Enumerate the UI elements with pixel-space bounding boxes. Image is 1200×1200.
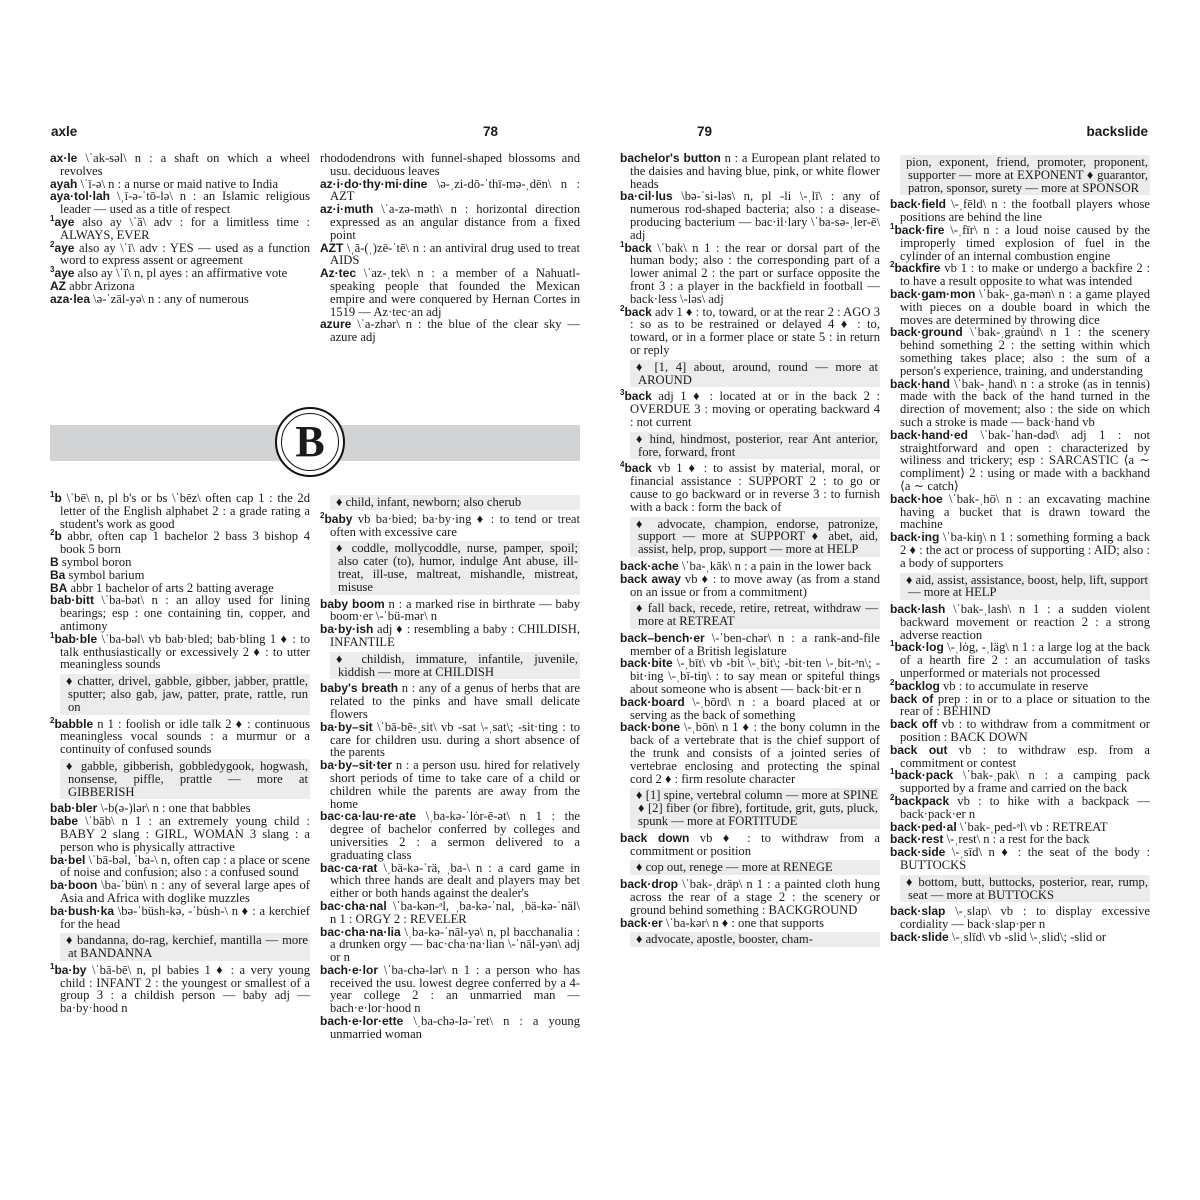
dictionary-entry: 2babble n 1 : foolish or idle talk 2 ♦ :… (50, 718, 310, 756)
synonym-block: ♦ fall back, recede, retire, retreat, wi… (630, 601, 880, 629)
dictionary-entry: 2b abbr, often cap 1 bachelor 2 bass 3 b… (50, 530, 310, 556)
definition-text: \ˈbā-bəl, ˈba-\ n, often cap : a place o… (60, 853, 310, 880)
dictionary-entry: 2backpack vb : to hike with a backpack —… (890, 795, 1150, 821)
dictionary-entry: babe \ˈbāb\ n 1 : an extremely young chi… (50, 815, 310, 853)
definition-text: n 1 : foolish or idle talk 2 ♦ : continu… (60, 717, 310, 757)
dictionary-entry: bac·cha·nal \ˈba-kən-ᵊl, ˌba-kə-ˈnal, ˌb… (320, 900, 580, 926)
definition-text: \-ˌslīd\ vb -slid \-ˌslid\; -slid or (949, 930, 1106, 944)
dictionary-entry: bac·ca·lau·re·ate \ˌba-kə-ˈlȯr-ē-ət\ n 1… (320, 810, 580, 861)
synonym-block: ♦ bandanna, do-rag, kerchief, mantilla —… (60, 933, 310, 961)
definition-text: abbr, often cap 1 bachelor 2 bass 3 bish… (60, 529, 310, 556)
synonym-block: ♦ gabble, gibberish, gobbledygook, hogwa… (60, 759, 310, 799)
synonym-block: ♦ bottom, butt, buttocks, posterior, rea… (900, 875, 1150, 903)
dictionary-entry: 2back adv 1 ♦ : to, toward, or at the re… (620, 306, 880, 357)
guide-word-left: axle (51, 124, 77, 139)
definition-text: adj 1 ♦ : located at or in the back 2 : … (630, 389, 880, 429)
dictionary-entry: back·bite \-ˌbīt\ vb -bit \-ˌbit\; -bit·… (620, 657, 880, 695)
dictionary-entry: 4back vb 1 ♦ : to assist by material, mo… (620, 462, 880, 513)
dictionary-entry: 1back·fire \-ˌfīr\ n : a loud noise caus… (890, 224, 1150, 262)
page-number-right: 79 (697, 124, 712, 139)
definition-text: \ˈba-kər\ n ♦ : one that supports (663, 916, 824, 930)
definition-text: \ˈbāb\ n 1 : an extremely young child : … (60, 814, 310, 854)
dictionary-entry: back of prep : in or to a place or situa… (890, 693, 1150, 719)
synonym-block: ♦ hind, hindmost, posterior, rear Ant an… (630, 432, 880, 460)
dictionary-entry: Az·tec \ˈaz-ˌtek\ n : a member of a Nahu… (320, 267, 580, 318)
definition-text: also ay \ˈī\ adv : YES — used as a funct… (60, 241, 310, 268)
synonym-block: ♦ aid, assist, assistance, boost, help, … (900, 573, 1150, 601)
dictionary-entry: rhododendrons with funnel-shaped blossom… (320, 152, 580, 178)
dictionary-entry: 1b \ˈbē\ n, pl b's or bs \ˈbēz\ often ca… (50, 492, 310, 530)
dictionary-entry: az·i·muth \ˈa-zə-məth\ n : horizontal di… (320, 203, 580, 241)
dictionary-entry: back·side \-ˌsīd\ n ♦ : the seat of the … (890, 846, 1150, 872)
dictionary-entry: back·hand \ˈbak-ˌhand\ n : a stroke (as … (890, 378, 1150, 429)
dictionary-entry: bac·cha·na·lia \ˌba-kə-ˈnāl-yə\ n, pl ba… (320, 926, 580, 964)
dictionary-entry: az·i·do·thy·mi·dine \ə-ˌzi-dō-ˈthī-mə-ˌd… (320, 178, 580, 204)
dictionary-entry: back out vb : to withdraw esp. from a co… (890, 744, 1150, 770)
definition-text: vb ba·bied; ba·by·ing ♦ : to tend or tre… (330, 512, 580, 539)
dictionary-entry: back–bench·er \-ˈben-chər\ n : a rank-an… (620, 632, 880, 658)
definition-text: adv 1 ♦ : to, toward, or at the rear 2 :… (630, 305, 880, 357)
dictionary-entry: back·ground \ˈbak-ˌgrau̇nd\ n 1 : the sc… (890, 326, 1150, 377)
dictionary-entry: ba·cil·lus \bə-ˈsi-ləs\ n, pl -li \-ˌlī\… (620, 190, 880, 241)
definition-text: \ba-ˈbün\ n : any of several large apes … (60, 878, 310, 905)
dictionary-entry: bachelor's button n : a European plant r… (620, 152, 880, 190)
dictionary-entry: back·board \-ˌbōrd\ n : a board placed a… (620, 696, 880, 722)
dictionary-entry: back·ing \ˈba-kiŋ\ n 1 : something formi… (890, 531, 1150, 569)
dictionary-entry: baby's breath n : any of a genus of herb… (320, 682, 580, 720)
dictionary-entry: back·drop \ˈbak-ˌdräp\ n 1 : a painted c… (620, 878, 880, 916)
dictionary-entry: 1aye also ay \ˈā\ adv : for a limitless … (50, 216, 310, 242)
guide-word-right: backslide (1086, 124, 1148, 139)
synonym-block: ♦ child, infant, newborn; also cherub (330, 495, 580, 510)
dictionary-entry: bach·e·lor·ette \ˌba-chə-lə-ˈret\ n : a … (320, 1015, 580, 1041)
dictionary-entry: ba·bel \ˈbā-bəl, ˈba-\ n, often cap : a … (50, 854, 310, 880)
right-page-col2: pion, exponent, friend, promoter, propon… (890, 152, 1150, 944)
synonym-block: ♦ coddle, mollycoddle, nurse, pamper, sp… (330, 541, 580, 594)
definition-text: \ə-ˈzāl-yə\ n : any of numerous (90, 292, 249, 306)
dictionary-entry: ba·by–sit·ter n : a person usu. hired fo… (320, 759, 580, 810)
dictionary-entry: ba·bush·ka \bə-ˈbüsh-kə, -ˈbu̇sh-\ n ♦ :… (50, 905, 310, 931)
dictionary-entry: 3back adj 1 ♦ : located at or in the bac… (620, 390, 880, 428)
synonym-block: ♦ childish, immature, infantile, juvenil… (330, 652, 580, 680)
definition-text: rhododendrons with funnel-shaped blossom… (320, 151, 580, 178)
letter-b-emblem: B (275, 407, 345, 477)
synonym-block: ♦ cop out, renege — more at RENEGE (630, 860, 880, 875)
left-page-col1-top: ax·le \ˈak-səl\ n : a shaft on which a w… (50, 152, 310, 306)
dictionary-entry: ba·boon \ba-ˈbün\ n : any of several lar… (50, 879, 310, 905)
definition-text: \ˌā-(ˌ)zē-ˈtē\ n : an antiviral drug use… (330, 241, 580, 268)
synonym-block: ♦ [1, 4] about, around, round — more at … (630, 360, 880, 388)
definition-text: \ˈaz-ˌtek\ n : a member of a Nahuatl-spe… (330, 266, 580, 318)
dictionary-entry: back down vb ♦ : to withdraw from a comm… (620, 832, 880, 858)
definition-text: prep : in or to a place or situation to … (900, 692, 1150, 719)
definition-text: \ˈbak\ n 1 : the rear or dorsal part of … (630, 241, 880, 306)
headword: back·er (620, 916, 663, 930)
dictionary-entry: 1bab·ble \ˈba-bəl\ vb bab·bled; bab·blin… (50, 633, 310, 671)
dictionary-entry: back·lash \ˈbak-ˌlash\ n 1 : a sudden vi… (890, 603, 1150, 641)
synonym-block: pion, exponent, friend, promoter, propon… (900, 155, 1150, 195)
left-page-col1-bottom: 1b \ˈbē\ n, pl b's or bs \ˈbēz\ often ca… (50, 492, 310, 1015)
dictionary-entry: 2baby vb ba·bied; ba·by·ing ♦ : to tend … (320, 513, 580, 539)
headword: aza·lea (50, 292, 90, 306)
dictionary-entry: 1back \ˈbak\ n 1 : the rear or dorsal pa… (620, 242, 880, 306)
dictionary-entry: 1ba·by \ˈbā-bē\ n, pl babies 1 ♦ : a ver… (50, 964, 310, 1015)
synonym-block: ♦ advocate, champion, endorse, patronize… (630, 517, 880, 557)
right-page-col1: bachelor's button n : a European plant r… (620, 152, 880, 950)
definition-text: also ay \ˈā\ adv : for a limitless time … (60, 215, 310, 242)
dictionary-entry: back off vb : to withdraw from a commitm… (890, 718, 1150, 744)
dictionary-entry: 1back·log \-ˌlȯg, -ˌläg\ n 1 : a large l… (890, 641, 1150, 679)
definition-text: \ˈbē\ n, pl b's or bs \ˈbēz\ often cap 1… (60, 491, 310, 531)
synonym-block: ♦ [1] spine, vertebral column — more at … (630, 788, 880, 828)
definition-text: \ˈa-zhər\ n : the blue of the clear sky … (330, 317, 580, 344)
dictionary-entry: back·gam·mon \ˈbak-ˌga-mən\ n : a game p… (890, 288, 1150, 326)
dictionary-entry: back·slide \-ˌslīd\ vb -slid \-ˌslid\; -… (890, 931, 1150, 944)
definition-text: vb 1 ♦ : to assist by material, moral, o… (630, 461, 880, 513)
definition-text: \ˈak-səl\ n : a shaft on which a wheel r… (60, 151, 310, 178)
left-page-col2-bottom: ♦ child, infant, newborn; also cherub2ba… (320, 492, 580, 1041)
dictionary-entry: back·slap \-ˌslap\ vb : to display exces… (890, 905, 1150, 931)
headword: back·slide (890, 930, 949, 944)
definition-text: vb : to withdraw from a commitment or po… (900, 717, 1150, 744)
left-page-col2-top: rhododendrons with funnel-shaped blossom… (320, 152, 580, 344)
dictionary-entry: back away vb ♦ : to move away (as from a… (620, 573, 880, 599)
dictionary-entry: 2backfire vb 1 : to make or undergo a ba… (890, 262, 1150, 288)
dictionary-entry: back·field \-ˌfēld\ n : the football pla… (890, 198, 1150, 224)
dictionary-entry: back·hoe \ˈbak-ˌhō\ n : an excavating ma… (890, 493, 1150, 531)
dictionary-entry: aza·lea \ə-ˈzāl-yə\ n : any of numerous (50, 293, 310, 306)
definition-text: \ˈbā-bē\ n, pl babies 1 ♦ : a very young… (60, 963, 310, 1015)
dictionary-entry: aya·tol·lah \ˌī-ə-ˈtō-lə\ n : an Islamic… (50, 190, 310, 216)
dictionary-entry: ax·le \ˈak-səl\ n : a shaft on which a w… (50, 152, 310, 178)
page-number-left: 78 (483, 124, 498, 139)
synonym-block: ♦ chatter, drivel, gabble, gibber, jabbe… (60, 674, 310, 714)
definition-text: \ˈba-bəl\ vb bab·bled; bab·bling 1 ♦ : t… (60, 632, 310, 672)
dictionary-entry: baby boom n : a marked rise in birthrate… (320, 598, 580, 624)
dictionary-entry: ba·by–sit \ˈbā-bē-ˌsit\ vb -sat \-ˌsat\;… (320, 721, 580, 759)
dictionary-entry: azure \ˈa-zhər\ n : the blue of the clea… (320, 318, 580, 344)
synonym-block: ♦ advocate, apostle, booster, cham- (630, 932, 880, 947)
dictionary-entry: bac·ca·rat \ˌbä-kə-ˈrä, ˌba-\ n : a card… (320, 862, 580, 900)
dictionary-entry: back·bone \-ˌbōn\ n 1 ♦ : the bony colum… (620, 721, 880, 785)
dictionary-entry: 2aye also ay \ˈī\ adv : YES — used as a … (50, 242, 310, 268)
dictionary-entry: bab·bitt \ˈba-bət\ n : an alloy used for… (50, 594, 310, 632)
dictionary-entry: AZT \ˌā-(ˌ)zē-ˈtē\ n : an antiviral drug… (320, 242, 580, 268)
dictionary-entry: ba·by·ish adj ♦ : resembling a baby : CH… (320, 623, 580, 649)
dictionary-entry: 1back·pack \ˈbak-ˌpak\ n : a camping pac… (890, 769, 1150, 795)
dictionary-entry: back·hand·ed \ˈbak-ˈhan-dəd\ adj 1 : not… (890, 429, 1150, 493)
definition-text: \ˈba-bət\ n : an alloy used for lining b… (60, 593, 310, 633)
dictionary-entry: back·er \ˈba-kər\ n ♦ : one that support… (620, 917, 880, 930)
dictionary-entry: bach·e·lor \ˈba-chə-lər\ n 1 : a person … (320, 964, 580, 1015)
letter-b-glyph: B (281, 413, 339, 471)
